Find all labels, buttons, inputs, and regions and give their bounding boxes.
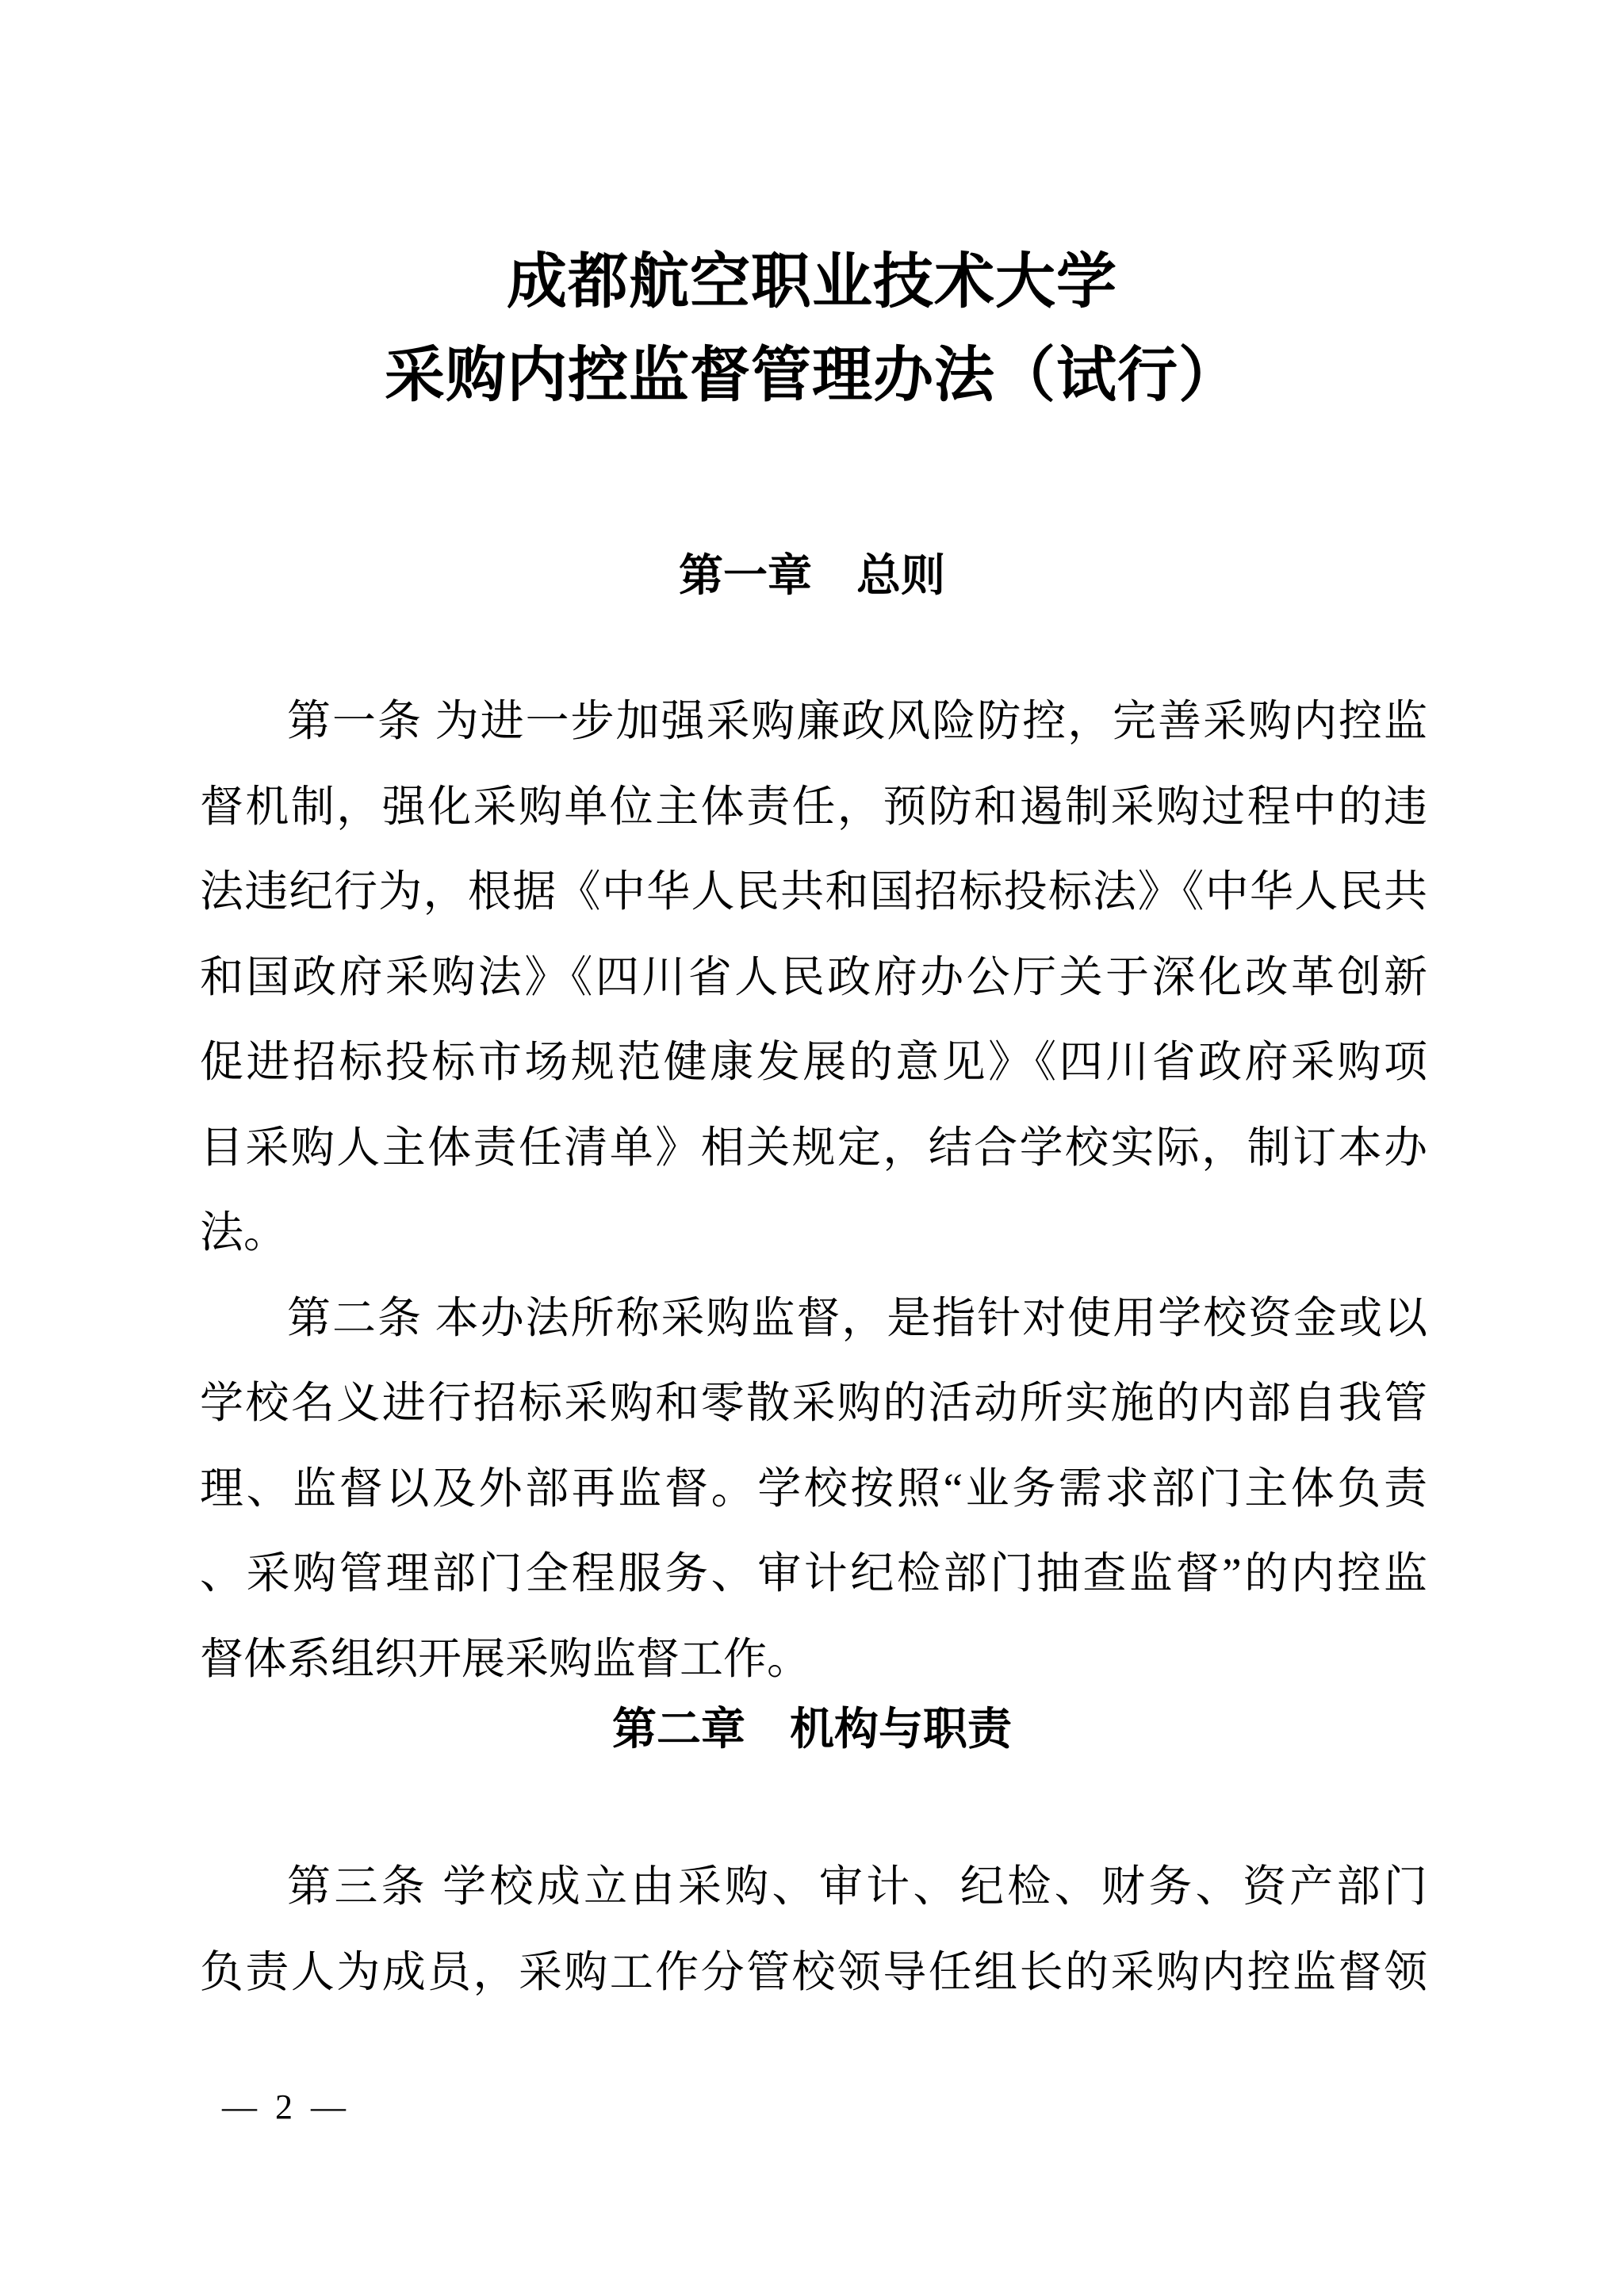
body-line: 负责人为成员，采购工作分管校领导任组长的采购内控监督领 <box>200 1930 1427 2015</box>
body-line: 、采购管理部门全程服务、审计纪检部门抽查监督”的内控监 <box>200 1531 1427 1617</box>
body-block-1: 第一条 为进一步加强采购廉政风险防控，完善采购内控监 督机制，强化采购单位主体责… <box>200 679 1427 1701</box>
body-line: 第三条 学校成立由采购、审计、纪检、财务、资产部门 <box>200 1844 1427 1930</box>
body-line: 理、监督以及外部再监督。学校按照“业务需求部门主体负责 <box>200 1446 1427 1532</box>
body-line: 督机制，强化采购单位主体责任，预防和遏制采购过程中的违 <box>200 764 1427 850</box>
body-line: 学校名义进行招标采购和零散采购的活动所实施的内部自我管 <box>200 1360 1427 1446</box>
body-line: 督体系组织开展采购监督工作。 <box>200 1617 1427 1702</box>
chapter-2-heading: 第二章 机构与职责 <box>0 1706 1624 1752</box>
page-number: — 2 — <box>222 2088 350 2126</box>
chapter-1-heading: 第一章 总则 <box>0 553 1624 599</box>
body-line: 法。 <box>200 1190 1427 1276</box>
body-line: 第二条 本办法所称采购监督，是指针对使用学校资金或以 <box>200 1276 1427 1361</box>
doc-title-line2: 采购内控监督管理办法（试行） <box>0 344 1624 408</box>
body-line: 第一条 为进一步加强采购廉政风险防控，完善采购内控监 <box>200 679 1427 764</box>
body-line: 和国政府采购法》《四川省人民政府办公厅关于深化改革创新 <box>200 935 1427 1020</box>
body-line: 促进招标投标市场规范健康发展的意见》《四川省政府采购项 <box>200 1020 1427 1105</box>
doc-title-line1: 成都航空职业技术大学 <box>0 251 1624 314</box>
body-block-2: 第三条 学校成立由采购、审计、纪检、财务、资产部门 负责人为成员，采购工作分管校… <box>200 1844 1427 2015</box>
document-page: 成都航空职业技术大学 采购内控监督管理办法（试行） 第一章 总则 第一条 为进一… <box>0 0 1624 2296</box>
body-line: 法违纪行为，根据《中华人民共和国招标投标法》《中华人民共 <box>200 849 1427 935</box>
body-line: 目采购人主体责任清单》相关规定，结合学校实际，制订本办 <box>200 1105 1427 1191</box>
